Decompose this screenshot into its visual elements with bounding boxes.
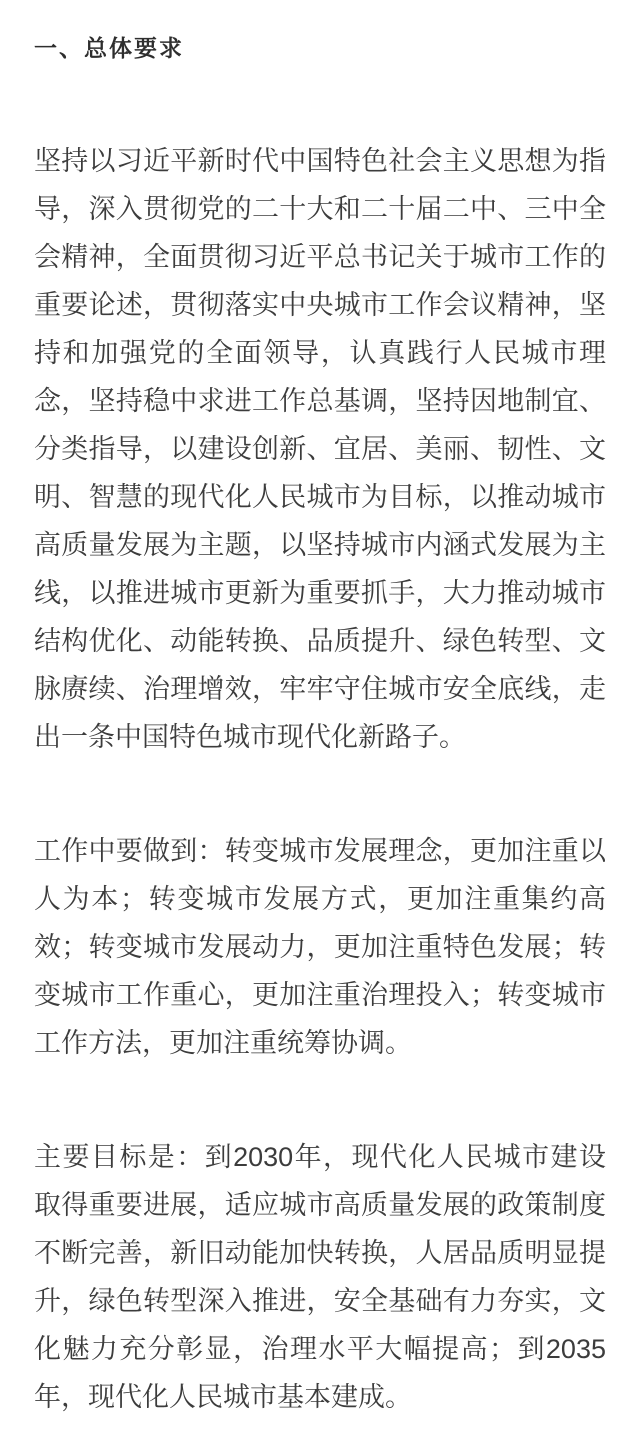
section-heading: 一、总体要求 xyxy=(34,33,606,63)
article-body: 一、总体要求 坚持以习近平新时代中国特色社会主义思想为指导，深入贯彻党的二十大和… xyxy=(0,0,640,1452)
paragraph-work-requirements: 工作中要做到：转变城市发展理念，更加注重以人为本；转变城市发展方式，更加注重集约… xyxy=(34,827,606,1067)
paragraph-main-goals: 主要目标是：到2030年，现代化人民城市建设取得重要进展，适应城市高质量发展的政… xyxy=(34,1133,606,1421)
paragraph-guiding-principles: 坚持以习近平新时代中国特色社会主义思想为指导，深入贯彻党的二十大和二十届二中、三… xyxy=(34,137,606,761)
